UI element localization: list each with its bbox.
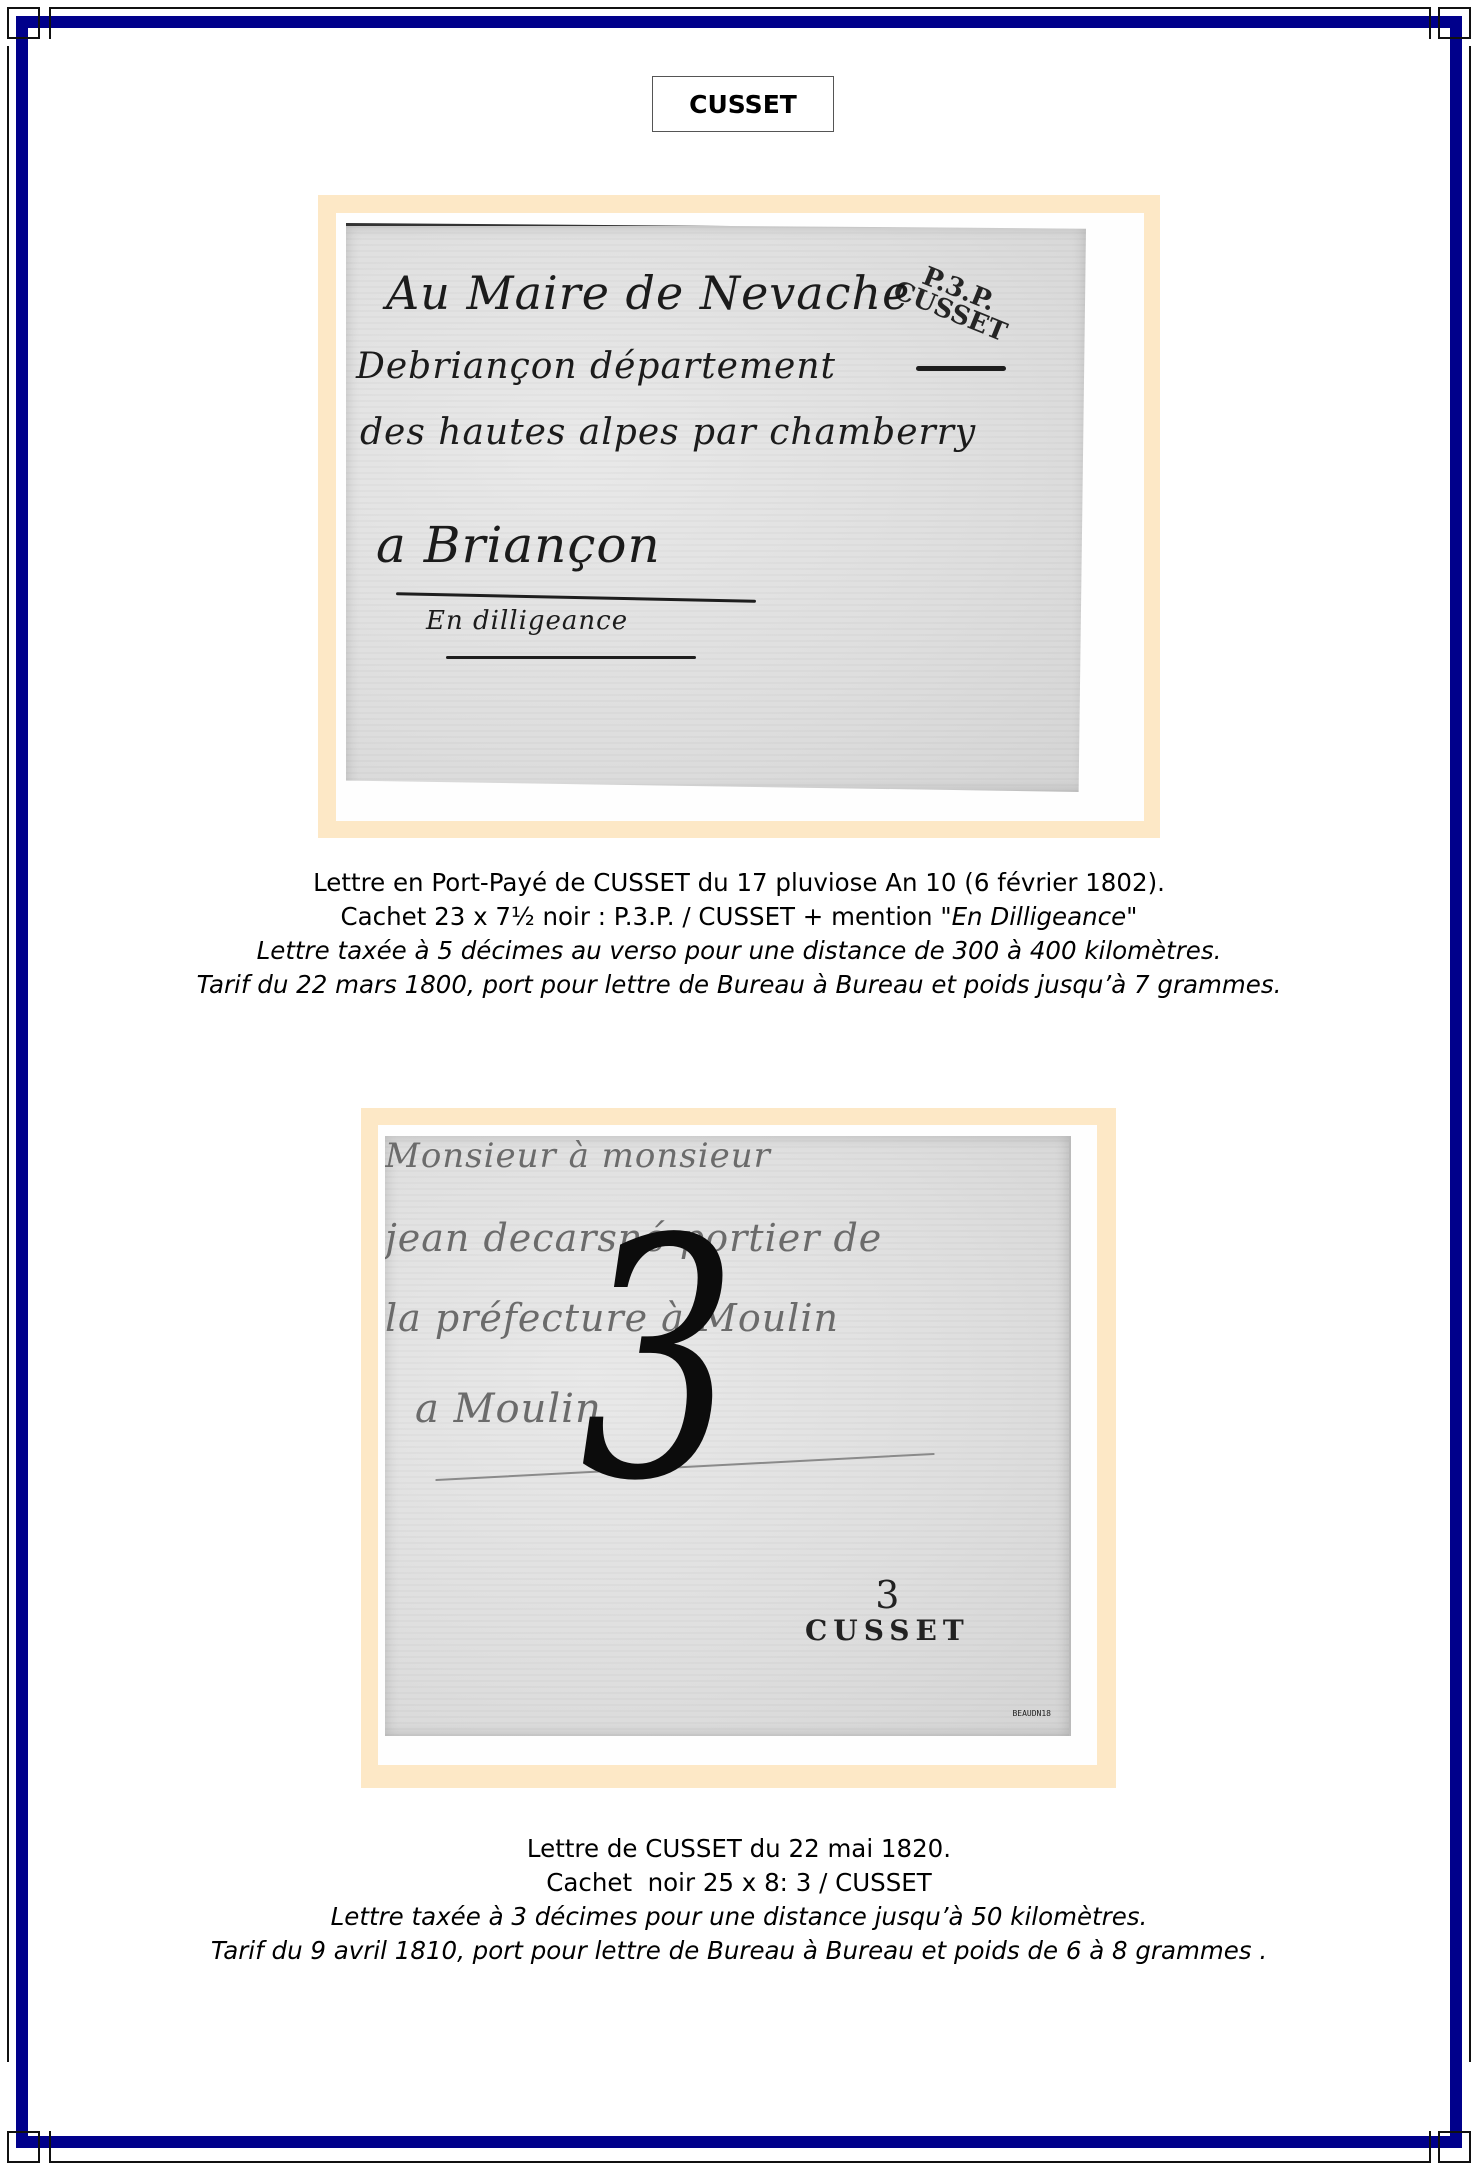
- caption-line: Tarif du 22 mars 1800, port pour lettre …: [60, 968, 1418, 1002]
- letter-1-address-line: a Briançon: [376, 516, 661, 574]
- letter-2-manuscript-tax: 3: [580, 1196, 737, 1526]
- letter-2-photo: Monsieur à monsieur jean decarsné portie…: [385, 1136, 1071, 1736]
- letter-1-photo-mat: Au Maire de Nevache Debriançon départeme…: [318, 195, 1160, 838]
- frame-corner-top-left-tick: [49, 7, 51, 39]
- caption-line-text: Cachet 23 x 7½ noir : P.3.P. / CUSSET + …: [341, 902, 941, 931]
- frame-navy-left: [16, 16, 28, 2148]
- frame-corner-bottom-left: [7, 2131, 40, 2163]
- frame-corner-top-right-tick: [1429, 7, 1431, 39]
- frame-rule-top: [49, 7, 1430, 9]
- letter-1-address-line: En dilligeance: [426, 606, 628, 636]
- frame-rule-left: [7, 46, 9, 2062]
- letter-1-address-line: des hautes alpes par chamberry: [360, 412, 976, 453]
- frame-rule-bottom: [49, 2161, 1430, 2163]
- page-title: CUSSET: [652, 76, 834, 132]
- letter-2-photo-mat: Monsieur à monsieur jean decarsné portie…: [361, 1108, 1116, 1788]
- caption-line: Cachet noir 25 x 8: 3 / CUSSET: [60, 1866, 1418, 1900]
- frame-corner-bottom-right: [1438, 2131, 1471, 2163]
- letter-1-address-line: Au Maire de Nevache: [386, 266, 910, 320]
- frame-corner-top-left: [7, 7, 40, 39]
- caption-line: Lettre taxée à 5 décimes au verso pour u…: [60, 934, 1418, 968]
- frame-navy-bottom: [16, 2136, 1462, 2148]
- letter-1-photo: Au Maire de Nevache Debriançon départeme…: [346, 223, 1086, 792]
- postmark-line-1: 3: [805, 1576, 970, 1614]
- caption-line: Tarif du 9 avril 1810, port pour lettre …: [60, 1934, 1418, 1968]
- letter-1-flourish: [916, 366, 1006, 371]
- caption-line: Lettre taxée à 3 décimes pour une distan…: [60, 1900, 1418, 1934]
- letter-2-collector-mark: BEAUDN18: [1012, 1709, 1051, 1718]
- frame-navy-right: [1450, 16, 1462, 2148]
- letter-1-underline: [396, 592, 756, 603]
- frame-corner-bottom-left-tick: [49, 2131, 51, 2163]
- letter-2-postmark: 3 CUSSET: [805, 1576, 970, 1647]
- frame-rule-right: [1469, 46, 1471, 2062]
- letter-1-address-line: Debriançon département: [356, 346, 836, 387]
- caption-line: Cachet 23 x 7½ noir : P.3.P. / CUSSET + …: [60, 900, 1418, 934]
- caption-mention: "En Dilligeance": [940, 902, 1137, 931]
- frame-corner-top-right: [1438, 7, 1471, 39]
- letter-2-address-line: a Moulin: [415, 1386, 602, 1432]
- frame-navy-top: [16, 16, 1462, 28]
- caption-line: Lettre de CUSSET du 22 mai 1820.: [60, 1832, 1418, 1866]
- caption-line: Lettre en Port-Payé de CUSSET du 17 pluv…: [60, 866, 1418, 900]
- letter-1-caption: Lettre en Port-Payé de CUSSET du 17 pluv…: [60, 866, 1418, 1002]
- letter-2-caption: Lettre de CUSSET du 22 mai 1820. Cachet …: [60, 1832, 1418, 1968]
- letter-1-postmark: P.3.P. CUSSET: [890, 256, 1019, 345]
- postmark-line-2: CUSSET: [805, 1614, 970, 1647]
- letter-1-underline: [446, 656, 696, 659]
- frame-corner-bottom-right-tick: [1429, 2131, 1431, 2163]
